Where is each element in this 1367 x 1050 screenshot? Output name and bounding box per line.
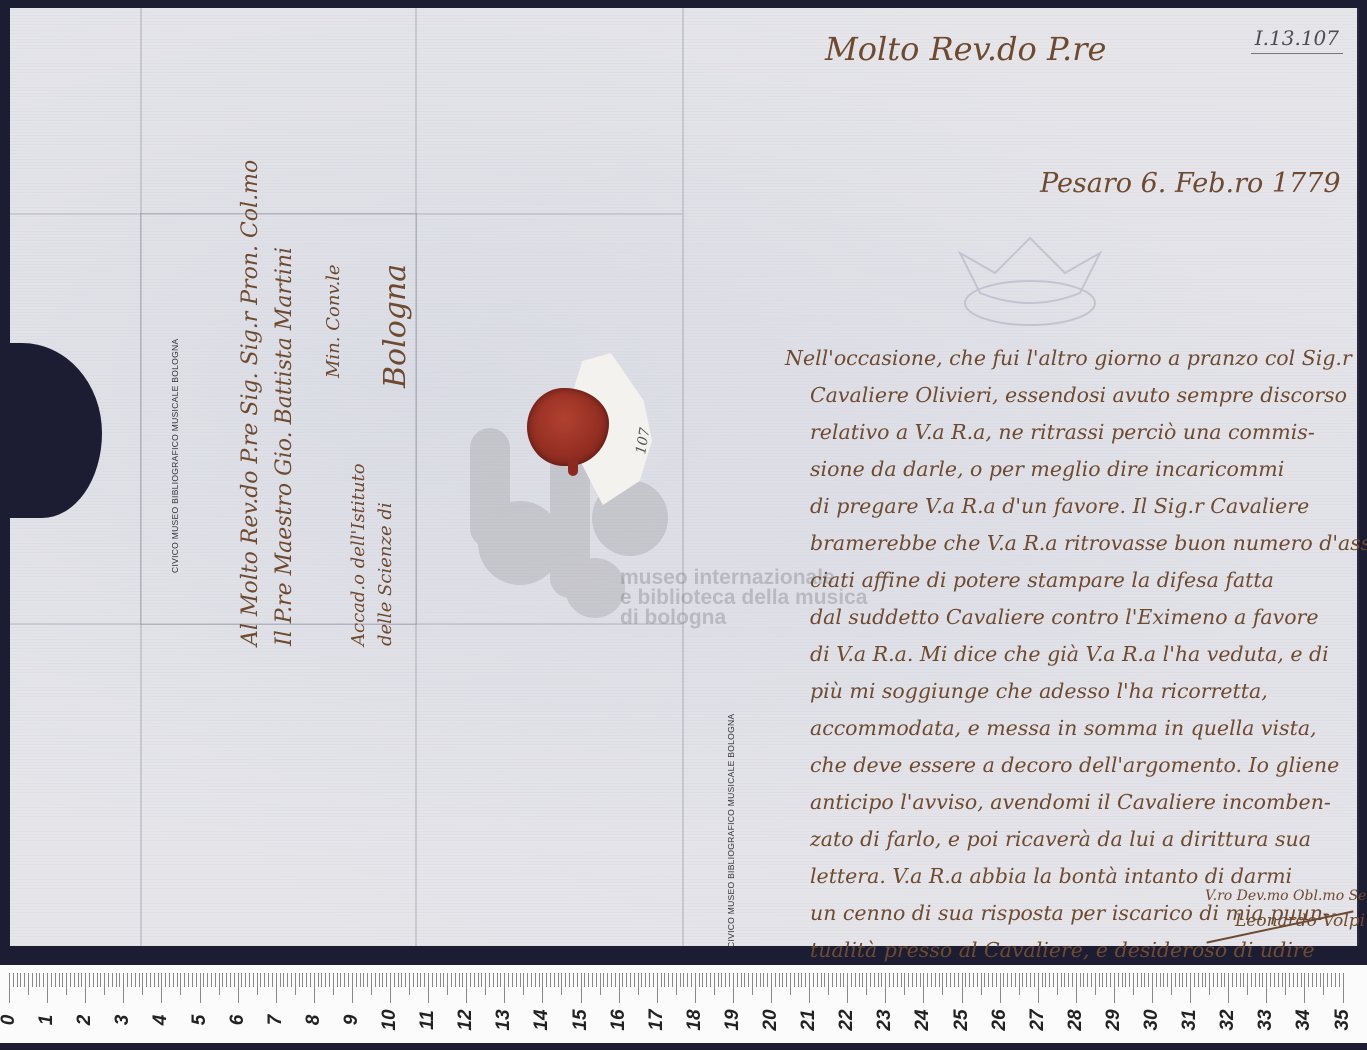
ruler-tick xyxy=(1339,973,1340,987)
ruler-tick xyxy=(1114,973,1115,1003)
letter-line: più mi soggiunge che adesso l'ha ricorre… xyxy=(810,679,1268,703)
ruler-tick xyxy=(661,973,662,987)
ruler-tick xyxy=(771,973,772,1003)
ruler-tick xyxy=(809,973,810,1003)
ruler-tick xyxy=(824,973,825,987)
ruler-tick xyxy=(626,973,627,987)
letter-line: accommodata, e messa in somma in quella … xyxy=(810,716,1317,740)
letter-line: bramerebbe che V.a R.a ritrovasse buon n… xyxy=(810,531,1367,555)
ruler-tick xyxy=(801,973,802,987)
ruler-tick xyxy=(276,973,277,1003)
ruler-tick xyxy=(638,973,639,995)
ruler-tick xyxy=(405,973,406,987)
ruler-tick xyxy=(1007,973,1008,987)
ruler-tick xyxy=(988,973,989,987)
ruler-label: 16 xyxy=(608,1005,630,1035)
ruler-tick xyxy=(737,973,738,987)
ruler-label: 12 xyxy=(455,1005,477,1035)
ruler-tick xyxy=(337,973,338,987)
ruler-tick xyxy=(1270,973,1271,987)
ruler-tick xyxy=(786,973,787,987)
ruler-tick xyxy=(1000,973,1001,1003)
ruler-tick xyxy=(950,973,951,987)
ruler-tick xyxy=(1068,973,1069,987)
letter-line: lettera. V.a R.a abbia la bontà intanto … xyxy=(810,864,1292,888)
ruler-tick xyxy=(1110,973,1111,987)
ruler-tick xyxy=(1171,973,1172,995)
ruler-tick xyxy=(177,973,178,987)
ruler-tick xyxy=(767,973,768,987)
ruler-tick xyxy=(245,973,246,987)
ruler-tick xyxy=(47,973,48,1003)
ruler-tick xyxy=(813,973,814,987)
ruler-tick xyxy=(935,973,936,987)
ruler-tick xyxy=(112,973,113,987)
center-fold xyxy=(682,8,684,946)
ruler-tick xyxy=(1213,973,1214,987)
ruler-tick xyxy=(1011,973,1012,987)
ruler-tick xyxy=(527,973,528,987)
ruler-tick xyxy=(1019,973,1020,995)
ruler-label: 34 xyxy=(1293,1005,1315,1035)
ruler-tick xyxy=(1137,973,1138,987)
letter-line: zato di farlo, e poi ricaverà da lui a d… xyxy=(810,827,1311,851)
ruler-tick xyxy=(1175,973,1176,987)
ruler-tick xyxy=(1125,973,1126,987)
ruler-label: 1 xyxy=(36,1005,58,1035)
ruler-tick xyxy=(409,973,410,995)
letter-line: di V.a R.a. Mi dice che già V.a R.a l'ha… xyxy=(810,642,1329,666)
ruler-tick xyxy=(1247,973,1248,995)
ruler-tick xyxy=(843,973,844,987)
ruler-tick xyxy=(504,973,505,1003)
ruler-tick xyxy=(805,973,806,987)
ruler-label: 14 xyxy=(531,1005,553,1035)
ruler-tick xyxy=(264,973,265,987)
ruler-tick xyxy=(901,973,902,987)
ruler-tick xyxy=(428,973,429,1003)
ruler-tick xyxy=(260,973,261,987)
ruler-tick xyxy=(649,973,650,987)
ruler-tick xyxy=(226,973,227,987)
ruler-tick xyxy=(291,973,292,987)
ruler-tick xyxy=(1308,973,1309,987)
ruler-tick xyxy=(184,973,185,987)
ruler-tick xyxy=(885,973,886,1003)
ruler-tick xyxy=(920,973,921,987)
ruler-label: 8 xyxy=(303,1005,325,1035)
ruler-tick xyxy=(1026,973,1027,987)
ruler-tick xyxy=(1122,973,1123,987)
ruler-tick xyxy=(219,973,220,995)
ruler-tick xyxy=(912,973,913,987)
ruler-tick xyxy=(1285,973,1286,995)
letter-salutation: Molto Rev.do P.re xyxy=(825,30,1106,68)
ruler-tick xyxy=(119,973,120,987)
ruler-tick xyxy=(1061,973,1062,987)
ruler-tick xyxy=(146,973,147,987)
letter-closing: V.ro Dev.mo Obl.mo Serv.re xyxy=(1205,888,1367,904)
ruler-tick xyxy=(874,973,875,987)
ruler-tick xyxy=(973,973,974,987)
ruler-tick xyxy=(81,973,82,987)
ruler-tick xyxy=(744,973,745,987)
ruler-tick xyxy=(211,973,212,987)
ruler-tick xyxy=(1304,973,1305,1003)
ruler-tick xyxy=(424,973,425,987)
ruler-tick xyxy=(942,973,943,995)
ruler-tick xyxy=(1102,973,1103,987)
ruler-tick xyxy=(1099,973,1100,987)
ruler-tick xyxy=(1095,973,1096,995)
ruler-tick xyxy=(981,973,982,995)
ruler-label: 18 xyxy=(684,1005,706,1035)
ruler-tick xyxy=(607,973,608,987)
ruler-label: 31 xyxy=(1179,1005,1201,1035)
ruler-tick xyxy=(241,973,242,987)
ruler-label: 9 xyxy=(341,1005,363,1035)
ruler-tick xyxy=(139,973,140,987)
ruler-tick xyxy=(36,973,37,987)
ruler-tick xyxy=(1194,973,1195,987)
measurement-ruler: 0123456789101112131415161718192021222324… xyxy=(0,965,1367,1043)
ruler-label: 28 xyxy=(1065,1005,1087,1035)
letter-line: dal suddetto Cavaliere contro l'Eximeno … xyxy=(810,605,1319,629)
ruler-tick xyxy=(1106,973,1107,987)
ruler-tick xyxy=(718,973,719,987)
ruler-tick xyxy=(283,973,284,987)
ruler-tick xyxy=(180,973,181,995)
ruler-tick xyxy=(592,973,593,987)
ruler-tick xyxy=(1266,973,1267,1003)
ruler-tick xyxy=(333,973,334,995)
ruler-tick xyxy=(1228,973,1229,1003)
ruler-tick xyxy=(520,973,521,987)
ruler-tick xyxy=(847,973,848,1003)
ruler-tick xyxy=(310,973,311,987)
ruler-tick xyxy=(230,973,231,987)
ruler-tick xyxy=(116,973,117,987)
ruler-tick xyxy=(1083,973,1084,987)
ruler-tick xyxy=(832,973,833,987)
ruler-tick xyxy=(1293,973,1294,987)
ruler-tick xyxy=(1133,973,1134,995)
ruler-tick xyxy=(1163,973,1164,987)
ruler-tick xyxy=(340,973,341,987)
ruler-tick xyxy=(756,973,757,987)
ruler-tick xyxy=(455,973,456,987)
ruler-tick xyxy=(222,973,223,987)
ruler-tick xyxy=(1049,973,1050,987)
ruler-tick xyxy=(436,973,437,987)
ruler-tick xyxy=(1224,973,1225,987)
ruler-tick xyxy=(760,973,761,987)
ruler-tick xyxy=(1217,973,1218,987)
ruler-tick xyxy=(131,973,132,987)
ruler-tick xyxy=(238,973,239,1003)
ruler-tick xyxy=(581,973,582,1003)
ruler-tick xyxy=(417,973,418,987)
ruler-tick xyxy=(1343,973,1344,1003)
ruler-label: 22 xyxy=(836,1005,858,1035)
ruler-label: 21 xyxy=(798,1005,820,1035)
ruler-tick xyxy=(1323,973,1324,995)
ruler-tick xyxy=(1243,973,1244,987)
letter-line: che deve essere a decoro dell'argomento.… xyxy=(810,753,1339,777)
ruler-tick xyxy=(93,973,94,987)
ruler-tick xyxy=(596,973,597,987)
ruler-label: 0 xyxy=(0,1005,20,1035)
ruler-tick xyxy=(474,973,475,987)
ruler-tick xyxy=(622,973,623,987)
ruler-tick xyxy=(1167,973,1168,987)
ruler-tick xyxy=(314,973,315,1003)
ruler-tick xyxy=(1091,973,1092,987)
ruler-tick xyxy=(1152,973,1153,1003)
ruler-label: 24 xyxy=(912,1005,934,1035)
ruler-tick xyxy=(440,973,441,987)
ruler-tick xyxy=(24,973,25,987)
ruler-tick xyxy=(360,973,361,987)
ruler-tick xyxy=(1202,973,1203,987)
ruler-tick xyxy=(398,973,399,987)
ruler-tick xyxy=(55,973,56,987)
ruler-tick xyxy=(1240,973,1241,987)
ruler-tick xyxy=(1022,973,1023,987)
ruler-tick xyxy=(192,973,193,987)
ruler-tick xyxy=(855,973,856,987)
ruler-tick xyxy=(497,973,498,987)
ruler-tick xyxy=(508,973,509,987)
address-line-5: delle Scienze di xyxy=(375,502,396,646)
ruler-tick xyxy=(1205,973,1206,987)
ruler-tick xyxy=(699,973,700,987)
ruler-tick xyxy=(66,973,67,995)
ruler-label: 13 xyxy=(493,1005,515,1035)
ruler-tick xyxy=(485,973,486,995)
ruler-tick xyxy=(154,973,155,987)
ruler-tick xyxy=(1034,973,1035,987)
ruler-tick xyxy=(1064,973,1065,987)
archive-number: I.13.107 xyxy=(1255,26,1339,50)
ruler-label: 20 xyxy=(760,1005,782,1035)
address-line-1: Al Molto Rev.do P.re Sig. Sig.r Pron. Co… xyxy=(238,160,263,646)
ruler-tick xyxy=(1316,973,1317,987)
ruler-tick xyxy=(706,973,707,987)
ruler-tick xyxy=(420,973,421,987)
ruler-tick xyxy=(272,973,273,987)
ruler-tick xyxy=(908,973,909,987)
ruler-tick xyxy=(1160,973,1161,987)
ruler-tick xyxy=(923,973,924,1003)
ruler-tick xyxy=(691,973,692,987)
ruler-tick xyxy=(302,973,303,987)
ruler-tick xyxy=(550,973,551,987)
ruler-tick xyxy=(481,973,482,987)
ruler-tick xyxy=(401,973,402,987)
ruler-tick xyxy=(318,973,319,987)
ruler-tick xyxy=(108,973,109,987)
ruler-tick xyxy=(280,973,281,987)
ruler-tick xyxy=(432,973,433,987)
ruler-tick xyxy=(1335,973,1336,987)
ruler-tick xyxy=(962,973,963,1003)
ruler-tick xyxy=(234,973,235,987)
ruler-tick xyxy=(523,973,524,995)
ruler-tick xyxy=(459,973,460,987)
ruler-tick xyxy=(752,973,753,995)
ruler-tick xyxy=(897,973,898,987)
ruler-tick xyxy=(20,973,21,987)
ruler-tick xyxy=(1057,973,1058,995)
ruler-tick xyxy=(500,973,501,987)
ruler-tick xyxy=(1156,973,1157,987)
ruler-tick xyxy=(371,973,372,995)
ruler-tick xyxy=(344,973,345,987)
ruler-tick xyxy=(615,973,616,987)
ruler-tick xyxy=(295,973,296,995)
ruler-tick xyxy=(70,973,71,987)
ruler-tick xyxy=(977,973,978,987)
ruler-label: 19 xyxy=(722,1005,744,1035)
ruler-label: 17 xyxy=(646,1005,668,1035)
ruler-tick xyxy=(1209,973,1210,995)
ruler-tick xyxy=(763,973,764,987)
ruler-label: 26 xyxy=(989,1005,1011,1035)
ruler-tick xyxy=(1198,973,1199,987)
ruler-tick xyxy=(74,973,75,987)
ruler-tick xyxy=(1251,973,1252,987)
ruler-tick xyxy=(851,973,852,987)
address-line-4: Accad.o dell'Istituto xyxy=(348,463,369,646)
ruler-tick xyxy=(165,973,166,987)
ruler-tick xyxy=(821,973,822,987)
ruler-tick xyxy=(893,973,894,987)
ruler-tick xyxy=(546,973,547,987)
ruler-tick xyxy=(1118,973,1119,987)
ruler-tick xyxy=(645,973,646,987)
ruler-tick xyxy=(641,973,642,987)
ruler-tick xyxy=(984,973,985,987)
ruler-tick xyxy=(1042,973,1043,987)
ruler-tick xyxy=(100,973,101,987)
letter-line: di pregare V.a R.a d'un favore. Il Sig.r… xyxy=(810,494,1309,518)
ruler-tick xyxy=(127,973,128,987)
ruler-tick xyxy=(325,973,326,987)
ruler-tick xyxy=(561,973,562,995)
ruler-tick xyxy=(268,973,269,987)
ruler-tick xyxy=(779,973,780,987)
ruler-tick xyxy=(443,973,444,987)
ruler-tick xyxy=(630,973,631,987)
ruler-tick xyxy=(927,973,928,987)
ruler-tick xyxy=(1278,973,1279,987)
ruler-tick xyxy=(664,973,665,987)
ruler-tick xyxy=(996,973,997,987)
ruler-label: 4 xyxy=(150,1005,172,1035)
ruler-label: 15 xyxy=(570,1005,592,1035)
ruler-tick xyxy=(62,973,63,987)
ruler-tick xyxy=(1141,973,1142,987)
letter-line: ciati affine di potere stampare la difes… xyxy=(810,568,1274,592)
museum-stamp: CIVICO MUSEO BIBLIOGRAFICO MUSICALE BOLO… xyxy=(726,714,736,948)
ruler-tick xyxy=(558,973,559,987)
ruler-tick xyxy=(386,973,387,987)
ruler-tick xyxy=(1003,973,1004,987)
ruler-tick xyxy=(634,973,635,987)
ruler-tick xyxy=(299,973,300,987)
ruler-tick xyxy=(43,973,44,987)
ruler-tick xyxy=(676,973,677,995)
ruler-tick xyxy=(28,973,29,995)
ruler-tick xyxy=(721,973,722,987)
ruler-tick xyxy=(348,973,349,987)
ruler-tick xyxy=(123,973,124,1003)
ruler-tick xyxy=(51,973,52,987)
ruler-tick xyxy=(836,973,837,987)
ruler-label: 7 xyxy=(265,1005,287,1035)
ruler-tick xyxy=(329,973,330,987)
ruler-tick xyxy=(196,973,197,987)
ruler-tick xyxy=(916,973,917,987)
ruler-tick xyxy=(207,973,208,987)
ruler-tick xyxy=(1186,973,1187,987)
ruler-tick xyxy=(798,973,799,987)
ruler-tick xyxy=(489,973,490,987)
ruler-tick xyxy=(748,973,749,987)
ruler-tick xyxy=(1030,973,1031,987)
crown-embossing xyxy=(945,223,1115,333)
ruler-label: 35 xyxy=(1332,1005,1354,1035)
ruler-tick xyxy=(89,973,90,987)
letter-line: sione da darle, o per meglio dire incari… xyxy=(810,457,1284,481)
ruler-tick xyxy=(710,973,711,987)
ruler-tick xyxy=(253,973,254,987)
ruler-tick xyxy=(379,973,380,987)
ruler-tick xyxy=(470,973,471,987)
ruler-tick xyxy=(969,973,970,987)
ruler-tick xyxy=(451,973,452,987)
ruler-label: 32 xyxy=(1217,1005,1239,1035)
ruler-tick xyxy=(672,973,673,987)
ruler-tick xyxy=(1080,973,1081,987)
ruler-tick xyxy=(1331,973,1332,987)
ruler-tick xyxy=(931,973,932,987)
ruler-tick xyxy=(215,973,216,987)
ruler-label: 27 xyxy=(1027,1005,1049,1035)
ruler-tick xyxy=(535,973,536,987)
ruler-tick xyxy=(790,973,791,995)
ruler-tick xyxy=(1232,973,1233,987)
ruler-tick xyxy=(85,973,86,1003)
ruler-tick xyxy=(1076,973,1077,1003)
ruler-tick xyxy=(531,973,532,987)
letter-line: relativo a V.a R.a, ne ritrassi perciò u… xyxy=(810,420,1315,444)
ruler-tick xyxy=(78,973,79,987)
ruler-tick xyxy=(390,973,391,1003)
ruler-tick xyxy=(1289,973,1290,987)
ruler-tick xyxy=(539,973,540,987)
ruler-tick xyxy=(1301,973,1302,987)
ruler-tick xyxy=(870,973,871,987)
ruler-label: 2 xyxy=(74,1005,96,1035)
ruler-tick xyxy=(1072,973,1073,987)
ruler-tick xyxy=(619,973,620,1003)
ruler-tick xyxy=(840,973,841,987)
ruler-tick xyxy=(1038,973,1039,1003)
ruler-tick xyxy=(1015,973,1016,987)
ruler-tick xyxy=(1190,973,1191,1003)
